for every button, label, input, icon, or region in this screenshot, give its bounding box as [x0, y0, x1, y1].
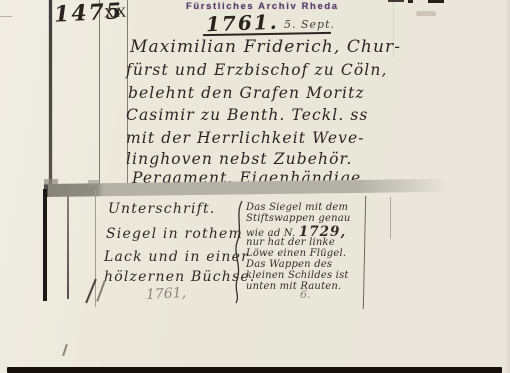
entry-line: Casimir zu Benth. Teckl. ss — [126, 106, 369, 124]
tape-band — [44, 179, 448, 197]
pen-stroke-mark — [96, 280, 105, 301]
column-rule-left-lower — [43, 189, 47, 301]
right-edge-shade — [505, 0, 510, 373]
column-rule-left-upper — [49, 0, 52, 186]
faint-mark: 1761, — [146, 285, 187, 303]
column-rule-notes-right — [363, 196, 367, 309]
seal-description-line: Stiftswappen genau — [246, 213, 351, 224]
top-edge-speck — [388, 0, 404, 2]
seal-description-line: unten mit Rauten. — [246, 281, 341, 292]
volume-numeral: XX — [104, 6, 129, 23]
column-rule-right-lower — [95, 189, 96, 307]
seal-description-line: nur hat der linke — [246, 237, 335, 248]
entry-line: mit der Herrlichkeit Weve- — [126, 129, 365, 147]
pen-stroke-mark — [62, 344, 67, 356]
column-rule-mid-upper — [99, 0, 100, 186]
seal-note-line: Lack und in einer — [104, 249, 249, 265]
entry-date: 5. Sept. — [284, 18, 335, 31]
tape-band-smudge — [88, 180, 100, 186]
entry-line: Maximilian Friderich, Chur- — [130, 37, 401, 57]
column-rule-notes-far-right — [390, 197, 391, 239]
brace-mark — [232, 200, 246, 304]
seal-description-line: Löwe einen Flügel. — [246, 248, 346, 259]
top-edge-speck — [428, 0, 444, 3]
seal-description-line: Das Wappen des — [246, 259, 332, 270]
column-rule-mid-lower — [67, 189, 69, 299]
scratch-mark — [0, 16, 12, 17]
faint-mark: 6. — [300, 288, 311, 301]
archive-card-photo: 1475 XX Fürstliches Archiv Rheda 1761. 5… — [0, 0, 510, 373]
top-smudge — [416, 11, 436, 16]
seal-description-line: Das Siegel mit dem — [246, 202, 348, 213]
seal-note-line: Siegel in rothem — [106, 226, 243, 242]
photo-edge-band — [7, 367, 502, 373]
tape-band-smudge — [44, 179, 58, 185]
seal-note-line: Unterschrift. — [108, 201, 216, 217]
top-edge-speck — [408, 0, 413, 3]
entry-line: linghoven nebst Zubehör. — [126, 150, 352, 168]
entry-line: fürst und Erzbischof zu Cöln, — [126, 61, 387, 79]
seal-description-line: kleinen Schildes ist — [246, 270, 349, 281]
entry-line: belehnt den Grafen Moritz — [128, 84, 365, 102]
